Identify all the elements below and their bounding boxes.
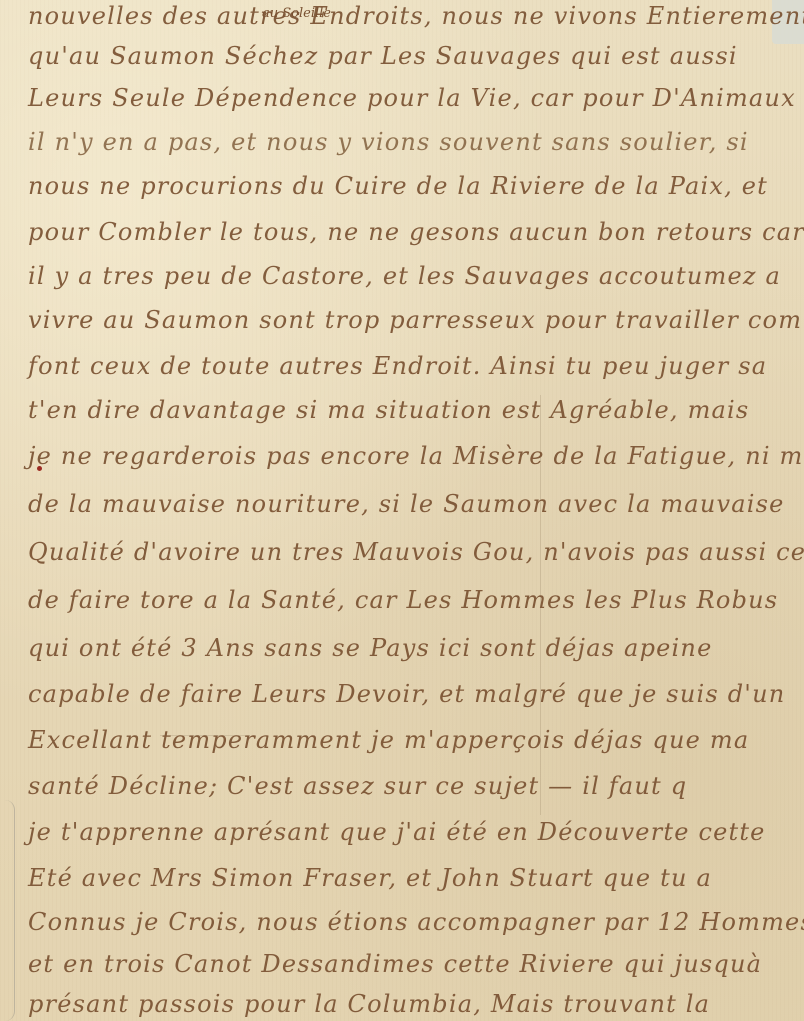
red-ink-mark [37, 466, 42, 471]
manuscript-line-6: pour Combler le tous, ne ne gesons aucun… [28, 218, 804, 246]
manuscript-line-21: Connus je Crois, nous étions accompagner… [28, 908, 804, 936]
manuscript-line-3: Leurs Seule Dépendence pour la Vie, car … [28, 84, 796, 112]
manuscript-line-18: santé Décline; C'est assez sur ce sujet … [28, 772, 687, 800]
manuscript-line-10: t'en dire davantage si ma situation est … [28, 396, 749, 424]
manuscript-line-14: de faire tore a la Santé, car Les Hommes… [28, 586, 778, 614]
manuscript-line-2: qu'au Saumon Séchez par Les Sauvages qui… [28, 42, 738, 70]
manuscript-line-22: et en trois Canot Dessandimes cette Rivi… [28, 950, 762, 978]
manuscript-line-19: je t'apprenne aprésant que j'ai été en D… [28, 818, 766, 846]
torn-margin-edge [2, 800, 15, 1021]
manuscript-line-5: nous ne procurions du Cuire de la Rivier… [28, 172, 768, 200]
manuscript-line-16: capable de faire Leurs Devoir, et malgré… [28, 680, 785, 708]
manuscript-line-17: Excellant temperamment je m'apperçois dé… [28, 726, 749, 754]
manuscript-line-4: il n'y en a pas, et nous y vions souvent… [28, 128, 749, 156]
manuscript-line-1: nouvelles des autres Endroits, nous ne v… [28, 2, 804, 30]
manuscript-line-11: je ne regarderois pas encore la Misère d… [28, 442, 804, 470]
manuscript-line-20: Eté avec Mrs Simon Fraser, et John Stuar… [28, 864, 712, 892]
manuscript-page: au Soleille nouvelles des autres Endroit… [0, 0, 804, 1021]
manuscript-line-7: il y a tres peu de Castore, et les Sauva… [28, 262, 781, 290]
manuscript-line-23: présant passois pour la Columbia, Mais t… [28, 990, 710, 1018]
manuscript-line-9: font ceux de toute autres Endroit. Ainsi… [28, 352, 767, 380]
manuscript-line-15: qui ont été 3 Ans sans se Pays ici sont … [28, 634, 712, 662]
manuscript-line-8: vivre au Saumon sont trop parresseux pou… [28, 306, 802, 334]
manuscript-line-12: de la mauvaise nouriture, si le Saumon a… [28, 490, 785, 518]
manuscript-line-13: Qualité d'avoire un tres Mauvois Gou, n'… [28, 538, 804, 566]
